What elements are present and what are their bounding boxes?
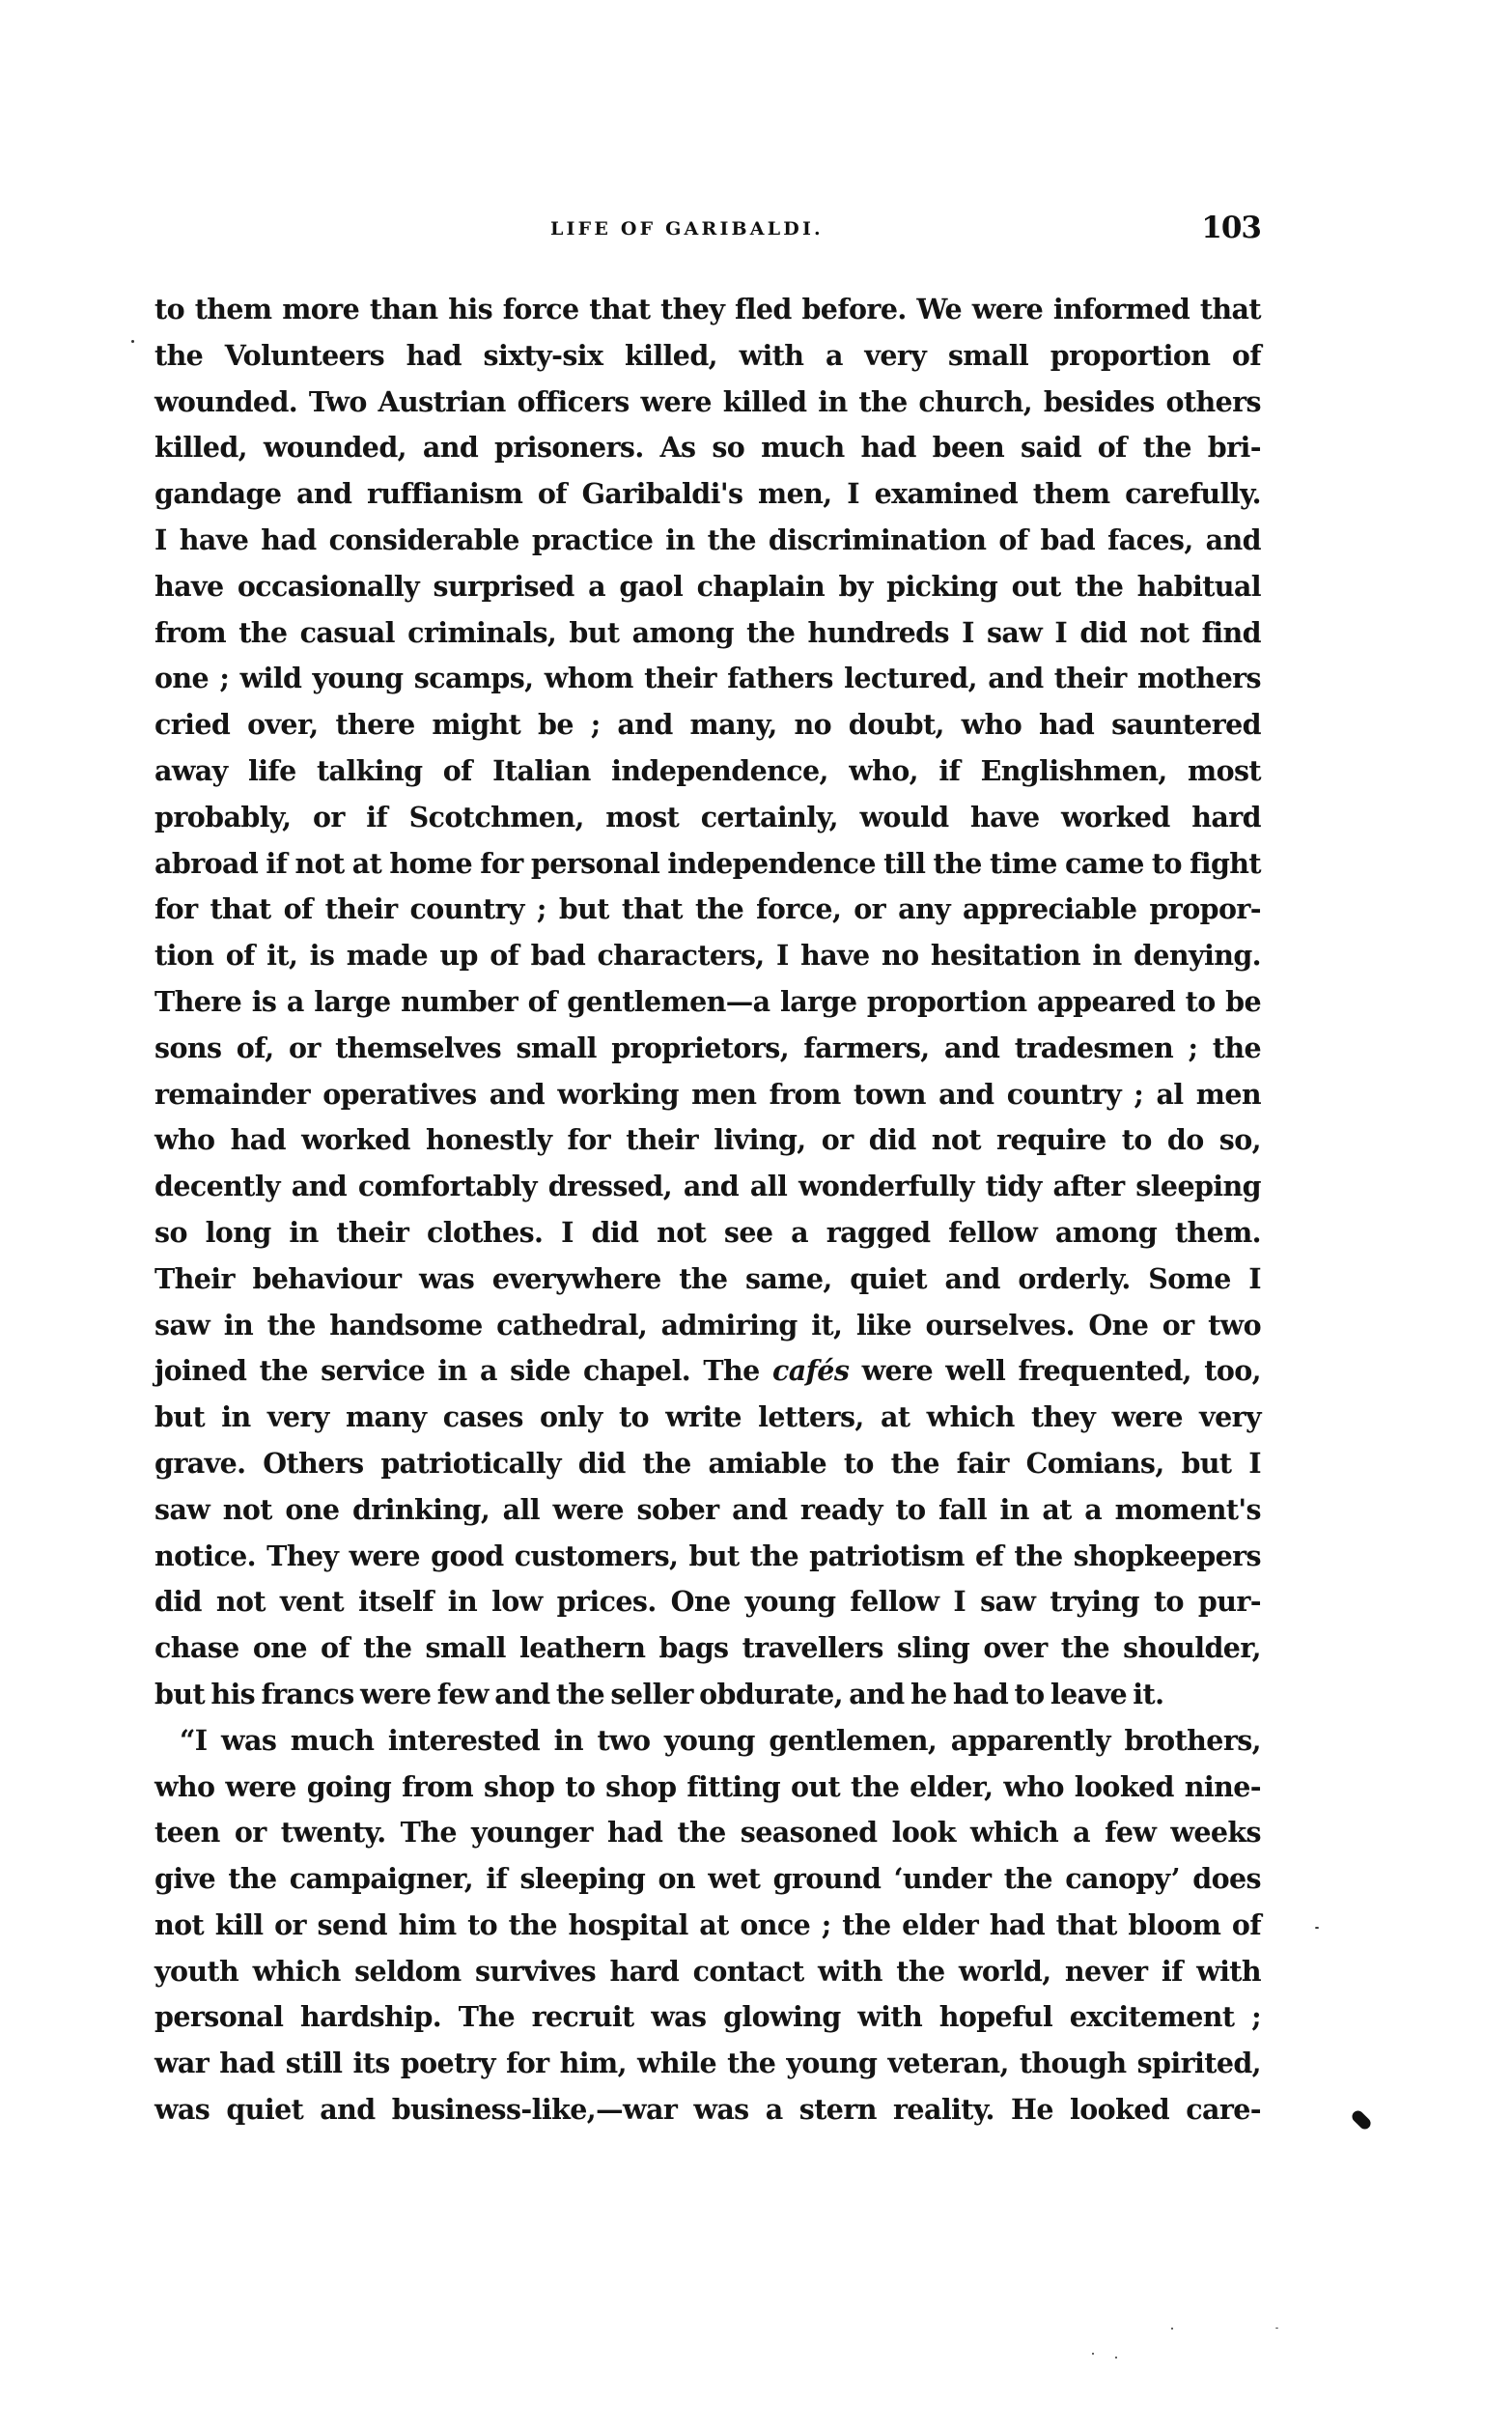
text-line-with-italic: joined the service in a side chapel. The… (154, 1348, 1261, 1395)
text-line: who were going from shop to shop fitting… (154, 1765, 1261, 1811)
stray-mark (1171, 2328, 1173, 2330)
italic-word: cafés (772, 1354, 849, 1387)
paragraph-2: “I was much interested in two young gent… (154, 1718, 1261, 2133)
text-line: for that of their country ; but that the… (154, 887, 1261, 933)
stray-mark (1275, 2328, 1278, 2329)
text-line: one ; wild young scamps, whom their fath… (154, 656, 1261, 702)
text-line: have occasionally surprised a gaol chapl… (154, 564, 1261, 610)
text-line: but in very many cases only to write let… (154, 1395, 1261, 1441)
text-line: personal hardship. The recruit was glowi… (154, 1994, 1261, 2041)
text-line: I have had considerable practice in the … (154, 518, 1261, 564)
text-line: but his francs were few and the seller o… (154, 1672, 1261, 1718)
text-line: killed, wounded, and prisoners. As so mu… (154, 425, 1261, 471)
paragraph-1: to them more than his force that they fl… (154, 287, 1261, 1718)
stray-mark (1315, 1927, 1319, 1929)
text-segment: joined the service in a side chapel. The (154, 1354, 760, 1387)
text-line: abroad if not at home for personal indep… (154, 841, 1261, 888)
text-line: remainder operatives and working men fro… (154, 1072, 1261, 1118)
text-segment: were well frequented, too, (862, 1354, 1261, 1387)
text-line: youth which seldom survives hard contact… (154, 1949, 1261, 1995)
running-head: LIFE OF GARIBALDI. 103 (154, 214, 1261, 253)
text-line: wounded. Two Austrian officers were kill… (154, 380, 1261, 426)
text-line: probably, or if Scotchmen, most certainl… (154, 795, 1261, 841)
running-title: LIFE OF GARIBALDI. (550, 218, 824, 240)
text-line: Their behaviour was everywhere the same,… (154, 1257, 1261, 1303)
text-line: tion of it, is made up of bad characters… (154, 933, 1261, 979)
text-line: from the casual criminals, but among the… (154, 610, 1261, 657)
text-line: who had worked honestly for their living… (154, 1117, 1261, 1164)
text-line: gandage and ruffianism of Garibaldi's me… (154, 471, 1261, 518)
text-line: saw in the handsome cathedral, admiring … (154, 1303, 1261, 1349)
text-line: did not vent itself in low prices. One y… (154, 1579, 1261, 1625)
text-line: cried over, there might be ; and many, n… (154, 702, 1261, 748)
text-line: chase one of the small leathern bags tra… (154, 1625, 1261, 1672)
text-line: war had still its poetry for him, while … (154, 2041, 1261, 2087)
text-line: teen or twenty. The younger had the seas… (154, 1810, 1261, 1856)
text-line: not kill or send him to the hospital at … (154, 1903, 1261, 1949)
page-number: 103 (1201, 211, 1261, 245)
stray-mark (131, 340, 134, 343)
text-line: grave. Others patriotically did the amia… (154, 1441, 1261, 1487)
text-line: saw not one drinking, all were sober and… (154, 1487, 1261, 1534)
stray-mark (1115, 2357, 1117, 2358)
text-line: so long in their clothes. I did not see … (154, 1210, 1261, 1257)
text-line: away life talking of Italian independenc… (154, 748, 1261, 795)
text-line: give the campaigner, if sleeping on wet … (154, 1856, 1261, 1903)
text-line: sons of, or themselves small proprietors… (154, 1026, 1261, 1072)
text-line: There is a large number of gentlemen—a l… (154, 979, 1261, 1026)
body-text: to them more than his force that they fl… (154, 287, 1261, 2133)
text-line: decently and comfortably dressed, and al… (154, 1164, 1261, 1210)
text-line: was quiet and business-like,—war was a s… (154, 2087, 1261, 2133)
book-page: LIFE OF GARIBALDI. 103 to them more than… (0, 0, 1512, 2429)
text-line: the Volunteers had sixty-six killed, wit… (154, 333, 1261, 380)
stray-mark (1092, 2353, 1094, 2355)
ink-blot-mark (1350, 2108, 1373, 2132)
text-line: notice. They were good customers, but th… (154, 1534, 1261, 1580)
text-line: “I was much interested in two young gent… (154, 1718, 1261, 1765)
text-line: to them more than his force that they fl… (154, 287, 1261, 333)
